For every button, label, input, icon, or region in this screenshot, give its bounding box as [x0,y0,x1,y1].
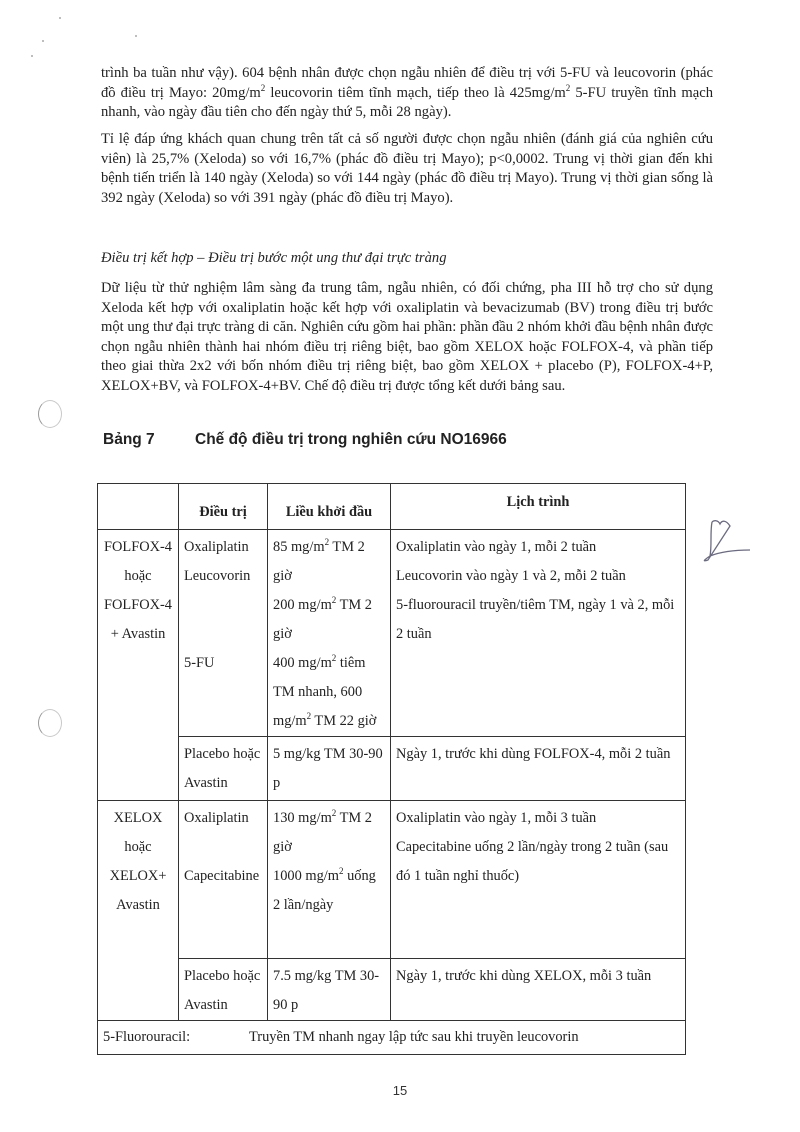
table-number: Bảng 7 [103,431,195,449]
paragraph-combination-study: Dữ liệu từ thử nghiệm lâm sàng đa trung … [101,279,713,396]
table-header-row: Điều trị Liều khởi đầu Lịch trình [98,484,686,530]
punch-hole [38,709,62,737]
drug-cell: Oxaliplatin Leucovorin 5-FU [179,530,268,737]
schedule-cell: Ngày 1, trước khi dùng XELOX, mỗi 3 tuần [391,959,686,1021]
footer-text: Truyền TM nhanh ngay lập tức sau khi tru… [249,1029,579,1045]
regimen-xelox: XELOX hoặc XELOX+ Avastin [98,801,179,1021]
dose-cell: 7.5 mg/kg TM 30-90 p [268,959,391,1021]
header-starting-dose: Liều khởi đầu [268,484,391,530]
drug-cell: Oxaliplatin Capecitabine [179,801,268,959]
header-empty [98,484,179,530]
table-title: Chế độ điều trị trong nghiên cứu NO16966 [195,431,507,448]
paragraph-response-rate: Tỉ lệ đáp ứng khách quan chung trên tất … [101,130,713,208]
scan-speck [31,55,33,57]
schedule-cell: Oxaliplatin vào ngày 1, mỗi 3 tuần Capec… [391,801,686,959]
scan-speck [135,35,137,37]
page-number: 15 [0,1083,800,1098]
regimen-folfox: FOLFOX-4 hoặc FOLFOX-4 + Avastin [98,530,179,801]
drug-cell: Placebo hoặc Avastin [179,959,268,1021]
section-heading: Điều trị kết hợp – Điều trị bước một ung… [101,249,713,269]
table-row-placebo: Placebo hoặc Avastin 7.5 mg/kg TM 30-90 … [98,959,686,1021]
scan-speck [59,17,61,19]
header-treatment: Điều trị [179,484,268,530]
footer-label: 5-Fluorouracil: [103,1023,249,1052]
footer-note: 5-Fluorouracil:Truyền TM nhanh ngay lập … [98,1021,686,1055]
signature-initials-icon [700,516,760,566]
table-footer-row: 5-Fluorouracil:Truyền TM nhanh ngay lập … [98,1021,686,1055]
scan-speck [42,40,44,42]
header-schedule: Lịch trình [391,484,686,530]
table-row: XELOX hoặc XELOX+ Avastin Oxaliplatin Ca… [98,801,686,959]
table-row-placebo: Placebo hoặc Avastin 5 mg/kg TM 30-90 p … [98,737,686,801]
drug-cell: Placebo hoặc Avastin [179,737,268,801]
dose-cell: 5 mg/kg TM 30-90 p [268,737,391,801]
punch-hole [38,400,62,428]
table-caption: Bảng 7Chế độ điều trị trong nghiên cứu N… [103,431,507,449]
regimen-table: Điều trị Liều khởi đầu Lịch trình FOLFOX… [97,483,686,1055]
paragraph-mayo-regimen: trình ba tuần như vậy). 604 bệnh nhân đư… [101,64,713,123]
dose-cell: 85 mg/m2 TM 2 giờ 200 mg/m2 TM 2 giờ 400… [268,530,391,737]
table-row: FOLFOX-4 hoặc FOLFOX-4 + Avastin Oxalipl… [98,530,686,737]
dose-cell: 130 mg/m2 TM 2 giờ 1000 mg/m2 uống 2 lần… [268,801,391,959]
schedule-cell: Ngày 1, trước khi dùng FOLFOX-4, mỗi 2 t… [391,737,686,801]
schedule-cell: Oxaliplatin vào ngày 1, mỗi 2 tuần Leuco… [391,530,686,737]
